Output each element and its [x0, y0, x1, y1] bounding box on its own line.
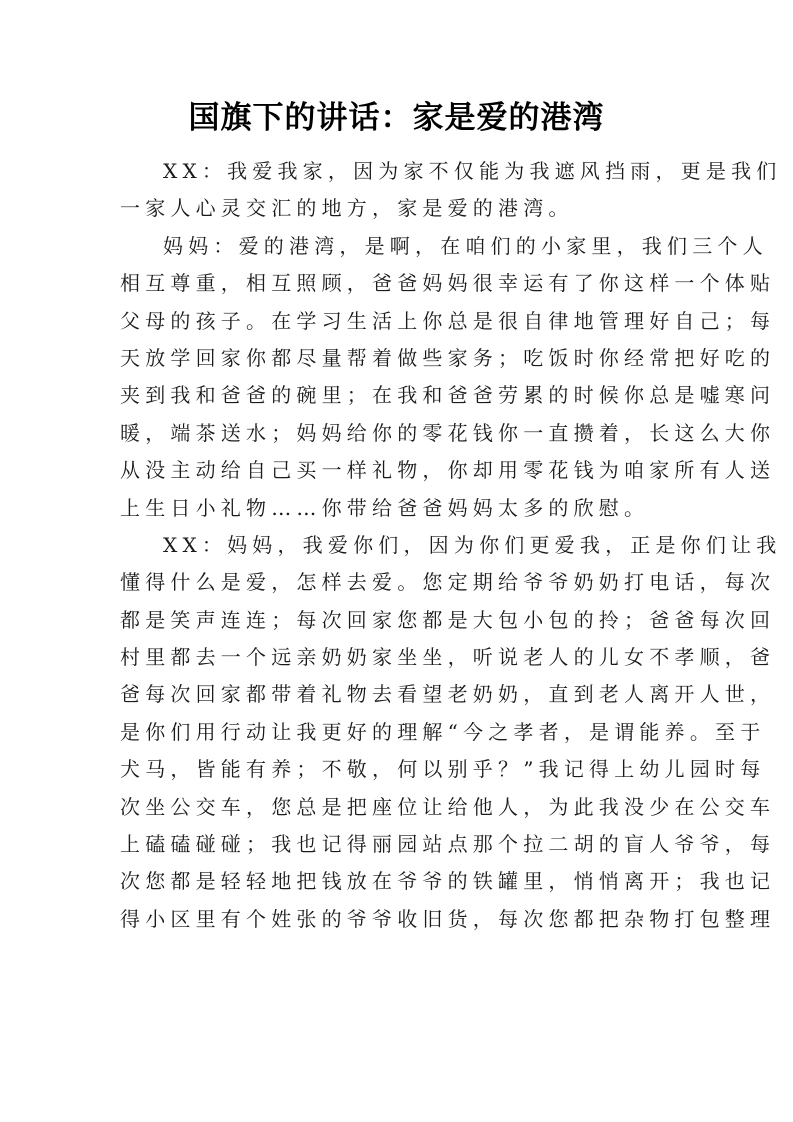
document-page: 国旗下的讲话：家是爱的港湾 XX：我爱我家，因为家不仅能为我遮风挡雨，更是我们 …: [0, 0, 793, 1122]
paragraph-line: XX：我爱我家，因为家不仅能为我遮风挡雨，更是我们: [120, 153, 676, 190]
paragraph-line: 是你们用行动让我更好的理解“今之孝者，是谓能养。至于: [120, 714, 676, 751]
paragraph-line: 从没主动给自己买一样礼物，你却用零花钱为咱家所有人送: [120, 452, 676, 489]
paragraph-mama: 妈妈：爱的港湾，是啊，在咱们的小家里，我们三个人 相互尊重，相互照顾，爸爸妈妈很…: [120, 228, 676, 527]
paragraph-line: 懂得什么是爱，怎样去爱。您定期给爷爷奶奶打电话，每次: [120, 564, 676, 601]
paragraph-line: 相互尊重，相互照顾，爸爸妈妈很幸运有了你这样一个体贴: [120, 265, 676, 302]
paragraph-line: 暖，端茶送水；妈妈给你的零花钱你一直攒着，长这么大你: [120, 415, 676, 452]
paragraph-line: 上生日小礼物……你带给爸爸妈妈太多的欣慰。: [120, 490, 676, 527]
paragraph-line: 妈妈：爱的港湾，是啊，在咱们的小家里，我们三个人: [120, 228, 676, 265]
paragraph-line: 村里都去一个远亲奶奶家坐坐，听说老人的儿女不孝顺，爸: [120, 639, 676, 676]
paragraph-line: 一家人心灵交汇的地方，家是爱的港湾。: [120, 190, 676, 227]
paragraph-line: XX：妈妈，我爱你们，因为你们更爱我，正是你们让我: [120, 527, 676, 564]
paragraph-line: 次坐公交车，您总是把座位让给他人，为此我没少在公交车: [120, 789, 676, 826]
paragraph-line: 都是笑声连连；每次回家您都是大包小包的拎；爸爸每次回: [120, 602, 676, 639]
paragraph-xx-intro: XX：我爱我家，因为家不仅能为我遮风挡雨，更是我们 一家人心灵交汇的地方，家是爱…: [120, 153, 676, 228]
paragraph-line: 天放学回家你都尽量帮着做些家务；吃饭时你经常把好吃的: [120, 340, 676, 377]
paragraph-line: 上磕磕碰碰；我也记得丽园站点那个拉二胡的盲人爷爷，每: [120, 826, 676, 863]
paragraph-line: 父母的孩子。在学习生活上你总是很自律地管理好自己；每: [120, 303, 676, 340]
paragraph-line: 夹到我和爸爸的碗里；在我和爸爸劳累的时候你总是嘘寒问: [120, 377, 676, 414]
paragraph-xx-reply: XX：妈妈，我爱你们，因为你们更爱我，正是你们让我 懂得什么是爱，怎样去爱。您定…: [120, 527, 676, 938]
paragraph-line: 得小区里有个姓张的爷爷收旧货，每次您都把杂物打包整理: [120, 901, 676, 938]
paragraph-line: 爸每次回家都带着礼物去看望老奶奶，直到老人离开人世，: [120, 676, 676, 713]
document-body: XX：我爱我家，因为家不仅能为我遮风挡雨，更是我们 一家人心灵交汇的地方，家是爱…: [120, 153, 676, 938]
paragraph-line: 犬马，皆能有养；不敬，何以别乎？”我记得上幼儿园时每: [120, 751, 676, 788]
document-title: 国旗下的讲话：家是爱的港湾: [0, 96, 793, 140]
paragraph-line: 次您都是轻轻地把钱放在爷爷的铁罐里，悄悄离开；我也记: [120, 863, 676, 900]
